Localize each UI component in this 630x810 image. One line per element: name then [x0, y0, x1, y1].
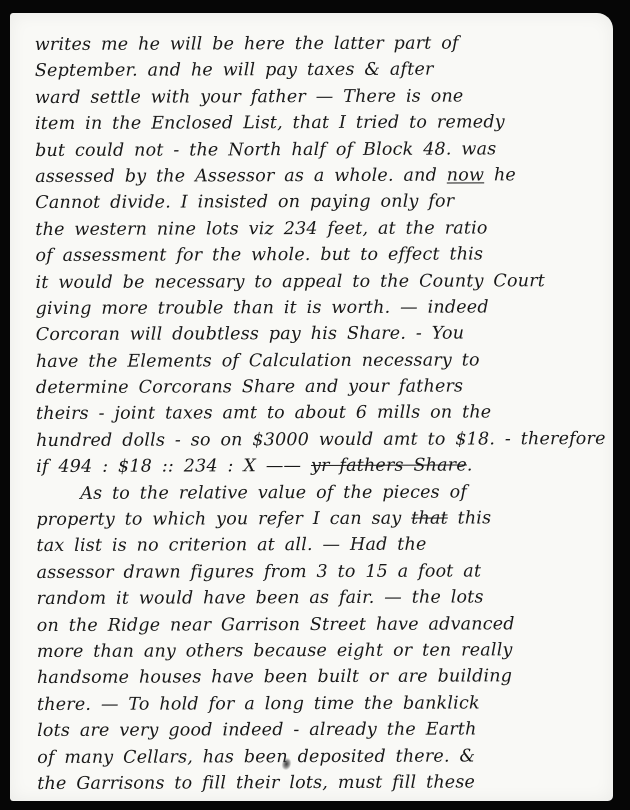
letter-line: of many Cellars, has been deposited ther…	[37, 743, 606, 771]
letter-line: more than any others because eight or te…	[37, 637, 606, 665]
letter-line: the western nine lots viz 234 feet, at t…	[35, 215, 604, 243]
letter-line: but could not - the North half of Block …	[35, 136, 604, 164]
letter-line: theirs - joint taxes amt to about 6 mill…	[36, 399, 605, 427]
letter-line: determine Corcorans Share and your fathe…	[36, 373, 605, 401]
letter-body: writes me he will be here the latter par…	[35, 30, 607, 797]
letter-line: assessed by the Assessor as a whole. and…	[35, 162, 604, 190]
underlined-word: now	[447, 165, 484, 185]
letter-line: ward settle with your father — There is …	[35, 83, 604, 111]
letter-line: As to the relative value of the pieces o…	[36, 479, 605, 507]
letter-line: Corcoran will doubtless pay his Share. -…	[36, 320, 605, 348]
letter-line: property to which you refer I can say th…	[36, 505, 605, 533]
scanned-letter: writes me he will be here the latter par…	[0, 0, 630, 810]
letter-line: giving more trouble than it is worth. — …	[36, 294, 605, 322]
letter-line: of assessment for the whole. but to effe…	[35, 241, 604, 269]
letter-line: it would be necessary to appeal to the C…	[35, 268, 604, 296]
letter-line: random it would have been as fair. — the…	[37, 584, 606, 612]
struck-word: that	[411, 509, 448, 529]
letter-line: tax list is no criterion at all. — Had t…	[36, 531, 605, 559]
letter-line: on the Ridge near Garrison Street have a…	[37, 611, 606, 639]
letter-line: Cannot divide. I insisted on paying only…	[35, 188, 604, 216]
letter-line: assessor drawn figures from 3 to 15 a fo…	[37, 558, 606, 586]
letter-line: handsome houses have been built or are b…	[37, 663, 606, 691]
struck-word: yr fathers Share	[311, 456, 467, 477]
letter-line: September. and he will pay taxes & after	[35, 56, 604, 84]
letter-line: the Garrisons to fill their lots, must f…	[37, 769, 606, 797]
letter-line: hundred dolls - so on $3000 would amt to…	[36, 426, 605, 454]
letter-line: lots are very good indeed - already the …	[37, 716, 606, 744]
letter-line: if 494 : $18 :: 234 : X —— yr fathers Sh…	[36, 452, 605, 480]
letter-page: writes me he will be here the latter par…	[10, 13, 613, 801]
letter-line: have the Elements of Calculation necessa…	[36, 347, 605, 375]
letter-line: writes me he will be here the latter par…	[35, 30, 604, 58]
letter-line: there. — To hold for a long time the ban…	[37, 690, 606, 718]
letter-line: item in the Enclosed List, that I tried …	[35, 109, 604, 137]
